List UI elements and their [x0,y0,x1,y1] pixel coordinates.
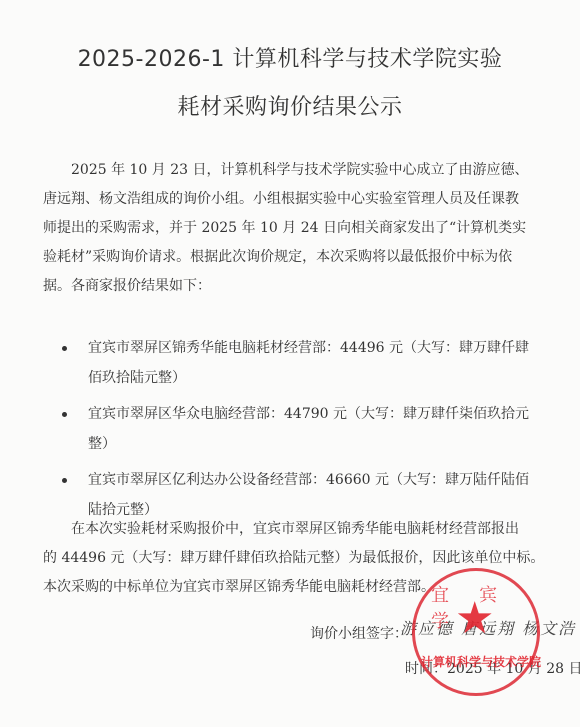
quote-line: 宜宾市翠屏区亿利达办公设备经营部：46660 元（大写：肆万陆仟陆佰 [88,465,542,495]
official-seal: 宜宾学 ★ 计算机科学与技术学院 [412,568,540,696]
quote-item: 宜宾市翠屏区锦秀华能电脑耗材经营部：44496 元（大写：肆万肆仟肆 佰玖拾陆元… [62,333,542,393]
quote-line: 整） [88,429,542,459]
intro-line: 师提出的采购需求，并于 2025 年 10 月 24 日向相关商家发出了“计算机… [43,214,543,243]
bullet-icon [62,412,67,417]
conclusion-line: 在本次实验耗材采购报价中，宜宾市翠屏区锦秀华能电脑耗材经营部报出 [43,515,543,544]
quote-list: 宜宾市翠屏区锦秀华能电脑耗材经营部：44496 元（大写：肆万肆仟肆 佰玖拾陆元… [62,333,542,531]
bullet-icon [62,346,67,351]
quote-item: 宜宾市翠屏区华众电脑经营部：44790 元（大写：肆万肆仟柒佰玖拾元 整） [62,399,542,459]
document-title-line-2: 耗材采购询价结果公示 [0,90,580,121]
intro-line: 验耗材”采购询价请求。根据此次询价规定，本次采购将以最低报价中标为依 [43,243,543,272]
intro-line: 2025 年 10 月 23 日，计算机科学与技术学院实验中心成立了由游应德、 [43,156,543,185]
quote-line: 宜宾市翠屏区锦秀华能电脑耗材经营部：44496 元（大写：肆万肆仟肆 [88,333,542,363]
intro-paragraph: 2025 年 10 月 23 日，计算机科学与技术学院实验中心成立了由游应德、 … [43,156,543,301]
intro-line: 唐远翔、杨文浩组成的询价小组。小组根据实验中心实验室管理人员及任课教 [43,185,543,214]
intro-line: 据。各商家报价结果如下： [43,272,543,301]
signature-label: 询价小组签字： [310,623,408,643]
document-title-line-1: 2025-2026-1 计算机科学与技术学院实验 [0,42,580,73]
star-icon: ★ [455,597,494,641]
seal-bottom-text: 计算机科学与技术学院 [421,653,537,670]
quote-line: 宜宾市翠屏区华众电脑经营部：44790 元（大写：肆万肆仟柒佰玖拾元 [88,399,542,429]
bullet-icon [62,478,67,483]
document-page: 2025-2026-1 计算机科学与技术学院实验 耗材采购询价结果公示 2025… [0,0,580,727]
quote-line: 佰玖拾陆元整） [88,363,542,393]
